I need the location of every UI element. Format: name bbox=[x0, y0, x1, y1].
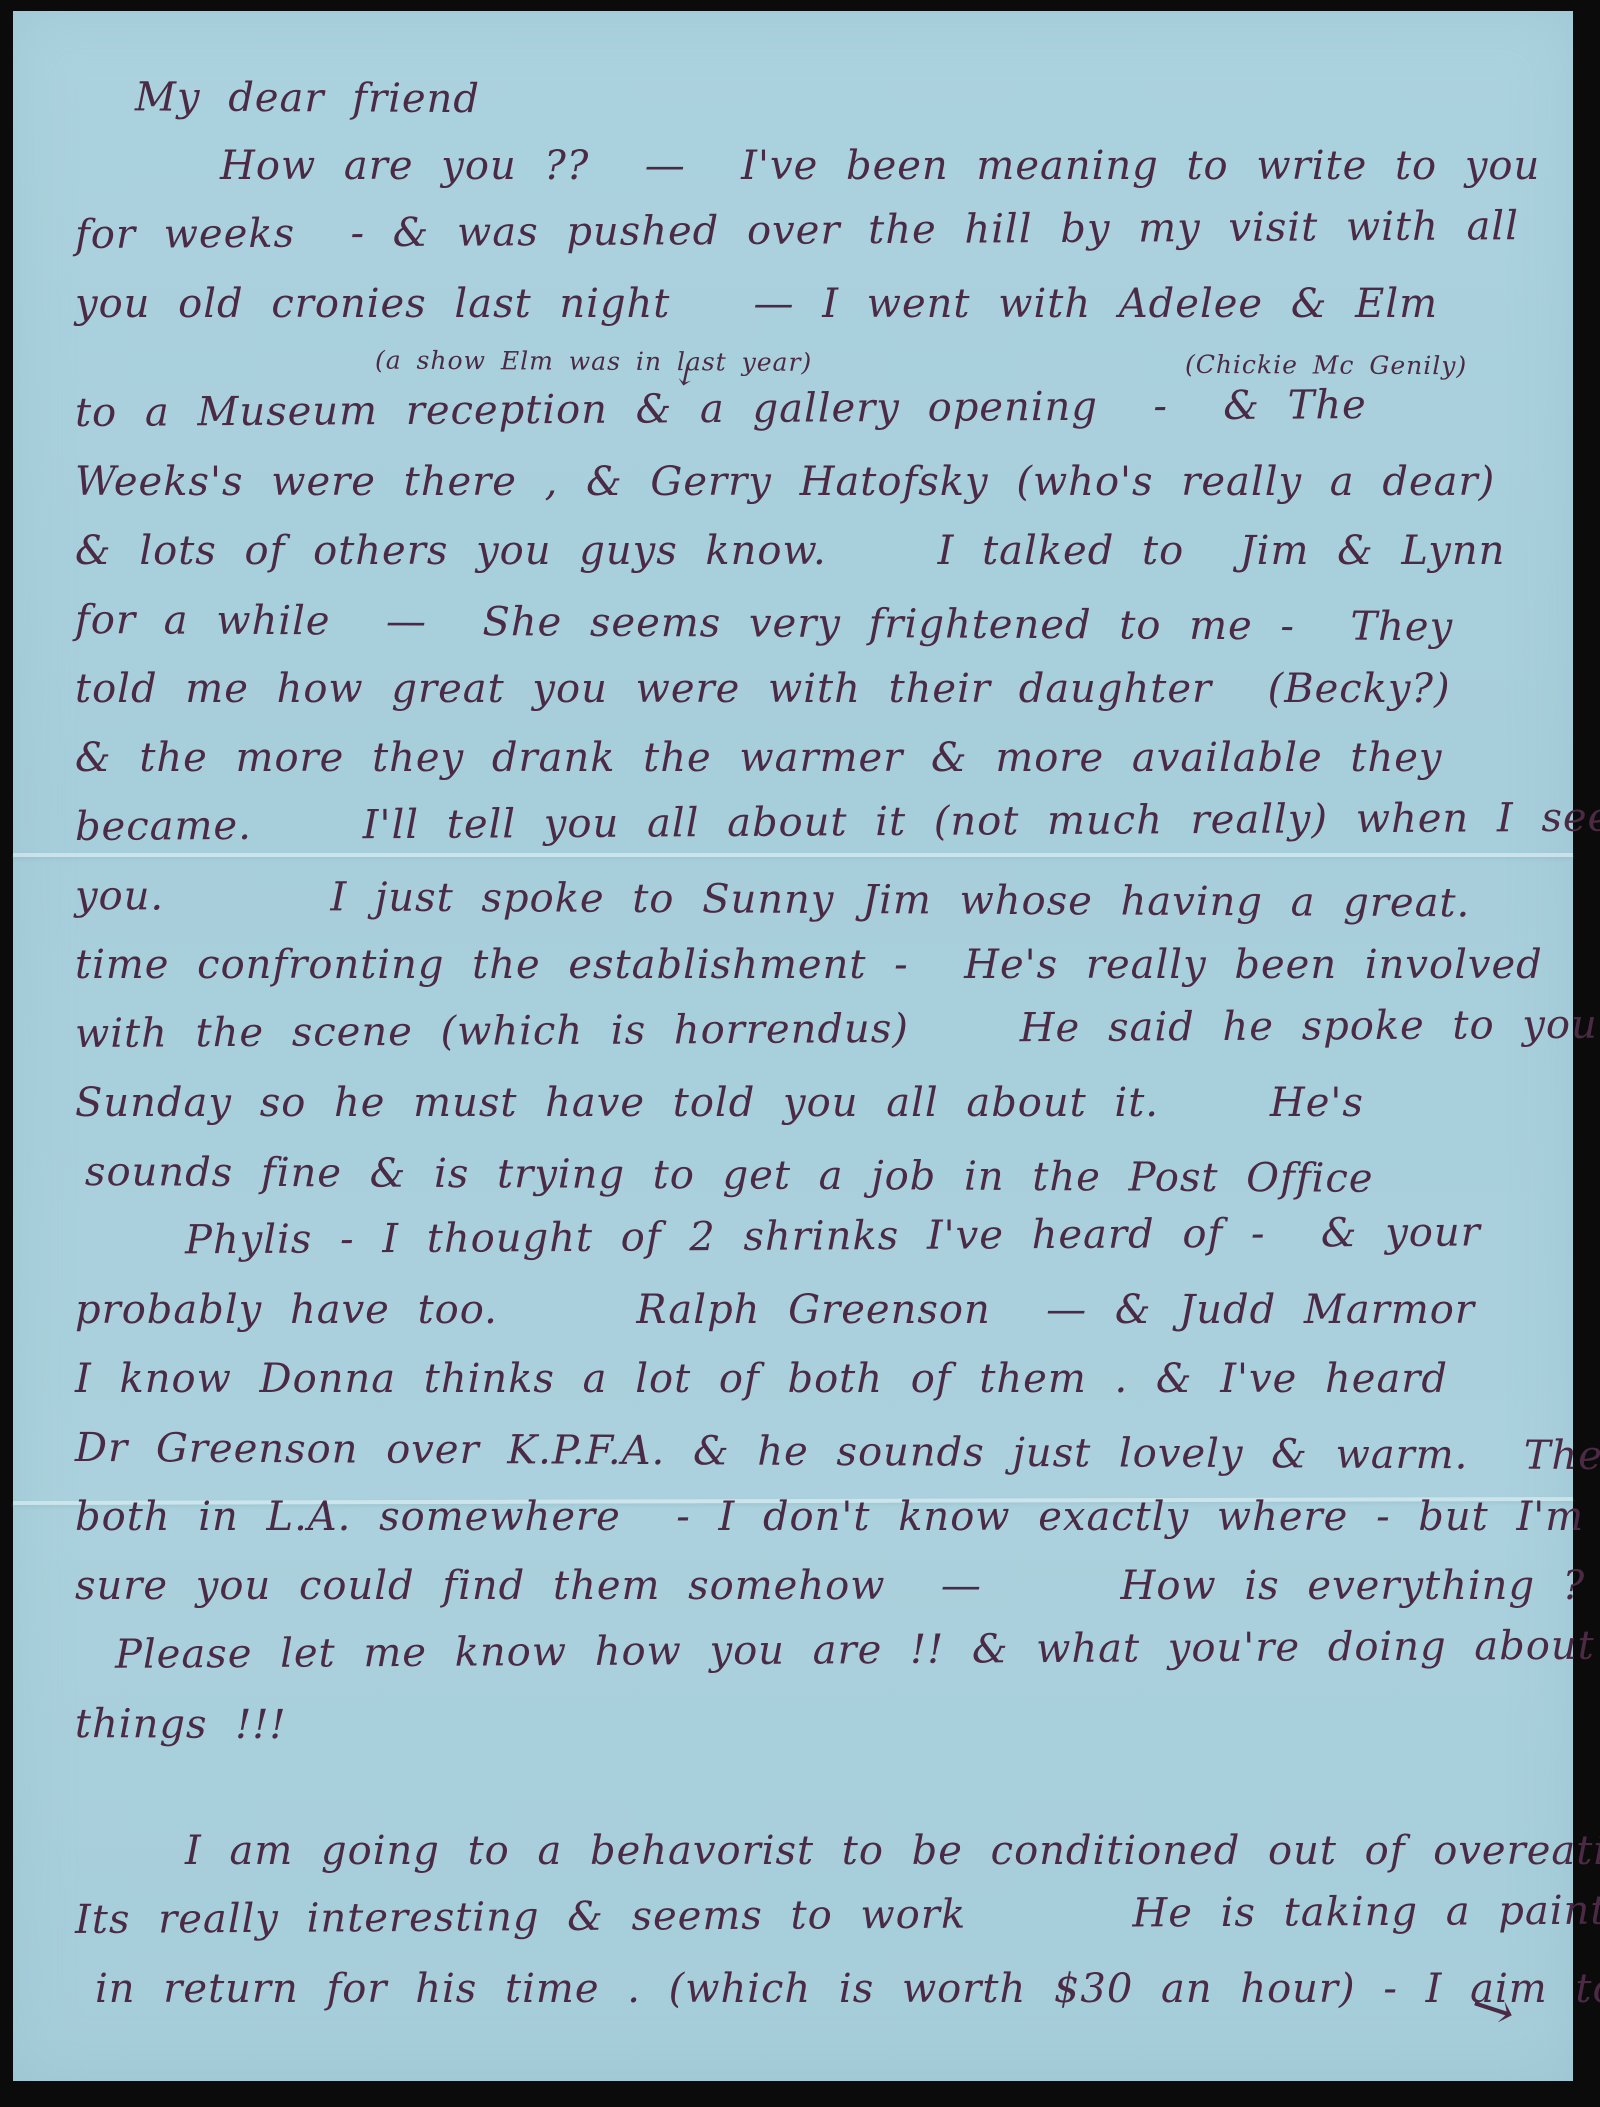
letter-line: My dear friend bbox=[75, 63, 1543, 140]
letter-line: & lots of others you guys know. I talked… bbox=[75, 517, 1543, 586]
letter-line: Weeks's were there , & Gerry Hatofsky (w… bbox=[75, 448, 1543, 517]
letter-line: with the scene (which is horrendus) He s… bbox=[75, 991, 1543, 1069]
letter-line: I know Donna thinks a lot of both of the… bbox=[75, 1345, 1543, 1414]
letter-line: & the more they drank the warmer & more … bbox=[75, 724, 1543, 793]
letter-line: you old cronies last night — I went with… bbox=[75, 270, 1543, 339]
letter-scan: My dear friendHow are you ?? — I've been… bbox=[0, 0, 1600, 2107]
letter-line: things !!! bbox=[75, 1690, 1543, 1767]
letter-line: I am going to a behavorist to be conditi… bbox=[75, 1817, 1543, 1886]
letter-line: for weeks - & was pushed over the hill b… bbox=[75, 192, 1543, 270]
letter-line: Phylis - I thought of 2 shrinks I've hea… bbox=[75, 1198, 1543, 1276]
letter-body: My dear friendHow are you ?? — I've been… bbox=[75, 63, 1543, 2024]
letter-line: How are you ?? — I've been meaning to wr… bbox=[75, 132, 1543, 201]
letter-line: you. I just spoke to Sunny Jim whose hav… bbox=[75, 862, 1543, 939]
letter-line: became. I'll tell you all about it (not … bbox=[75, 784, 1543, 862]
letter-line: Its really interesting & seems to work H… bbox=[75, 1877, 1543, 1955]
letter-paper: My dear friendHow are you ?? — I've been… bbox=[13, 11, 1573, 2081]
letter-line: both in L.A. somewhere - I don't know ex… bbox=[75, 1483, 1543, 1552]
letter-line: in return for his time . (which is worth… bbox=[75, 1955, 1543, 2024]
letter-line: to a Museum reception & a gallery openin… bbox=[75, 370, 1543, 448]
letter-line: told me how great you were with their da… bbox=[75, 655, 1543, 724]
letter-line: Sunday so he must have told you all abou… bbox=[75, 1069, 1543, 1138]
letter-line: sure you could find them somehow — How i… bbox=[75, 1552, 1543, 1621]
letter-line: probably have too. Ralph Greenson — & Ju… bbox=[75, 1276, 1543, 1345]
letter-line: time confronting the establishment - He'… bbox=[75, 931, 1543, 1000]
letter-line: for a while — She seems very frightened … bbox=[75, 586, 1543, 663]
letter-line: Dr Greenson over K.P.F.A. & he sounds ju… bbox=[75, 1414, 1543, 1491]
letter-line: Please let me know how you are !! & what… bbox=[75, 1612, 1543, 1690]
